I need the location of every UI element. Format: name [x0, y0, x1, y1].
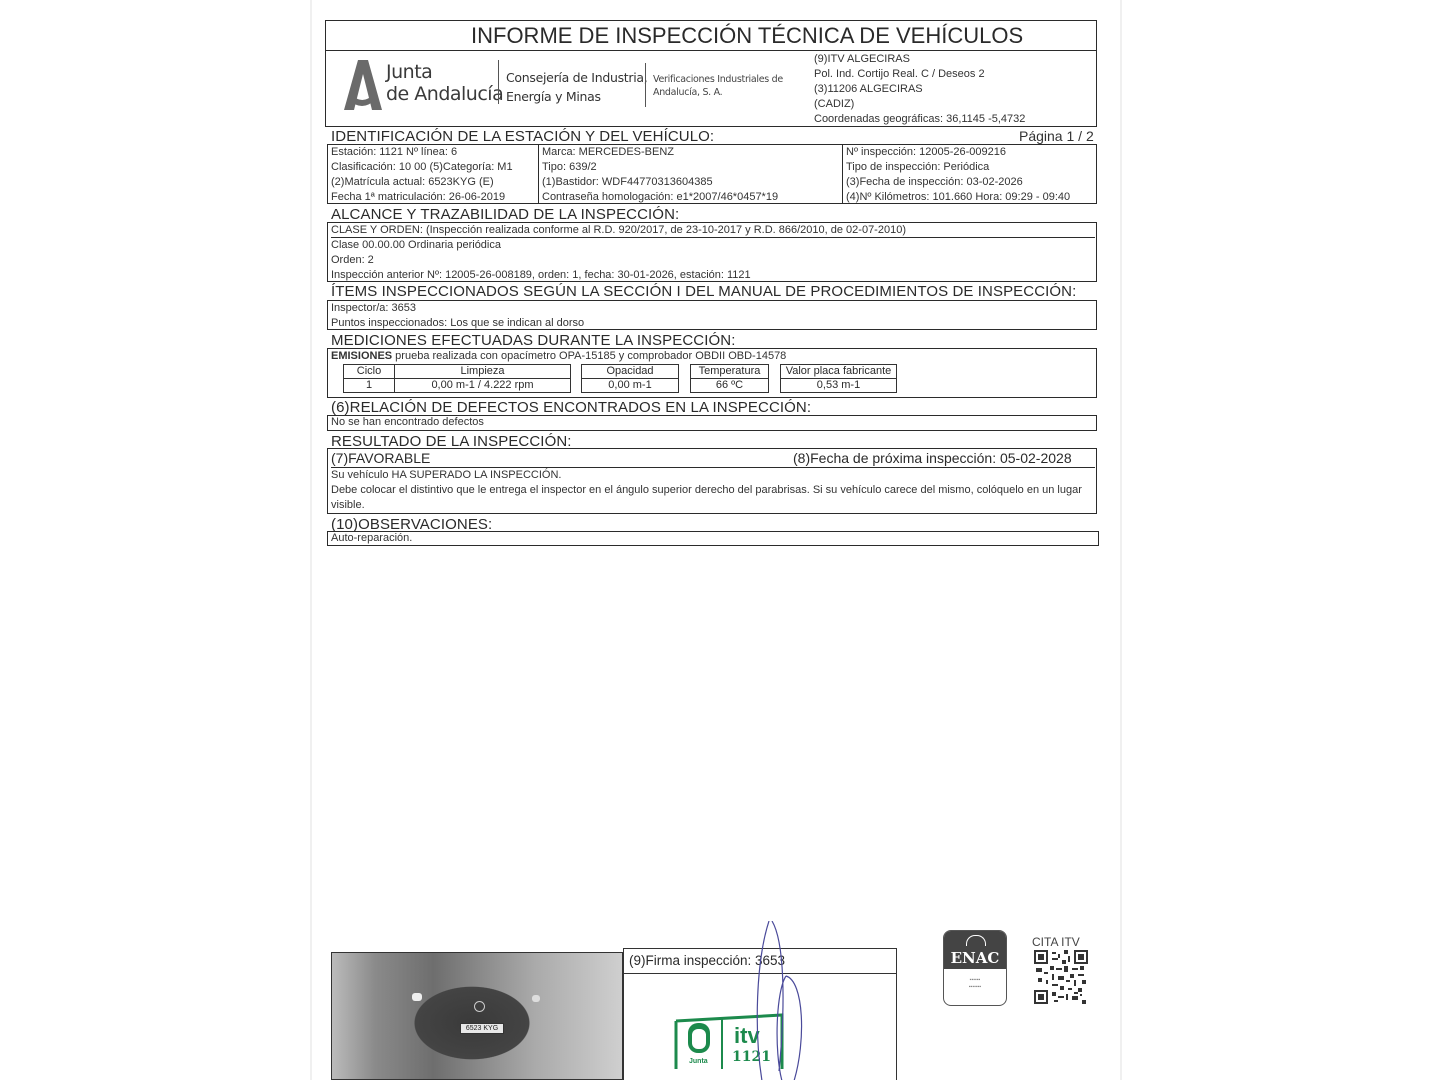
emissions-table-cycle: CicloLimpieza 10,00 m-1 / 4.222 rpm [343, 364, 571, 393]
scan-edge-left [310, 0, 312, 1080]
column-divider [538, 145, 539, 203]
emissions-table-opacity: Opacidad 0,00 m-1 [581, 364, 679, 393]
qr-label: CITA ITV [1032, 935, 1080, 949]
page-number: Página 1 / 2 [1019, 128, 1094, 144]
emissions-line: EMISIONES prueba realizada con opacímetr… [331, 349, 786, 364]
document-title-box: INFORME DE INSPECCIÓN TÉCNICA DE VEHÍCUL… [325, 20, 1097, 50]
defects-box: No se han encontrado defectos [327, 415, 1097, 431]
qr-code-icon[interactable] [1034, 950, 1088, 1004]
vehicle-model-column: Marca: MERCEDES-BENZ Tipo: 639/2 (1)Bast… [542, 145, 778, 205]
section-title-identification: IDENTIFICACIÓN DE LA ESTACIÓN Y DEL VEHÍ… [331, 128, 714, 145]
tail-light-icon [532, 995, 540, 1002]
inspection-details-column: Nº inspección: 12005-26-009216 Tipo de i… [846, 145, 1070, 205]
vehicle-photo: 6523 KYG [331, 952, 623, 1080]
tail-light-icon [412, 993, 422, 1001]
section-title-items: ÍTEMS INSPECCIONADOS SEGÚN LA SECCIÓN I … [331, 283, 1076, 300]
column-divider [842, 145, 843, 203]
signature-scribble-icon [724, 921, 824, 1080]
consejeria-name: Consejería de Industria, Energía y Minas [506, 68, 647, 106]
header-box: Junta de Andalucía Consejería de Industr… [325, 50, 1097, 127]
section-title-defects: (6)RELACIÓN DE DEFECTOS ENCONTRADOS EN L… [331, 399, 811, 416]
identification-box: Estación: 1121 Nº línea: 6 Clasificación… [327, 144, 1097, 204]
junta-andalucia-name: Junta de Andalucía [386, 61, 503, 105]
result-message: Su vehículo HA SUPERADO LA INSPECCIÓN. D… [331, 468, 1082, 513]
emissions-table-manufacturer-value: Valor placa fabricante 0,53 m-1 [780, 364, 897, 393]
mercedes-star-icon [474, 1001, 485, 1012]
station-info: (9)ITV ALGECIRAS Pol. Ind. Cortijo Real.… [814, 52, 1025, 127]
scan-edge-right [1120, 0, 1122, 1080]
enac-badge: ENAC ▪▪▪▪▪▪▪▪▪▪▪▪▪ [943, 930, 1007, 1006]
junta-andalucia-logo-icon [342, 60, 382, 110]
crown-icon [966, 935, 986, 946]
result-box: (7)FAVORABLE (8)Fecha de próxima inspecc… [327, 448, 1097, 514]
scope-box: CLASE Y ORDEN: (Inspección realizada con… [327, 222, 1097, 282]
signature-box: (9)Firma inspección: 3653 Junta itv 1121 [623, 948, 897, 1080]
next-inspection-date: (8)Fecha de próxima inspección: 05-02-20… [793, 449, 1072, 467]
scope-lines: Clase 00.00.00 Ordinaria periódica Orden… [331, 238, 751, 283]
header-divider [498, 60, 499, 104]
items-box: Inspector/a: 3653 Puntos inspeccionados:… [327, 300, 1097, 330]
section-title-measurements: MEDICIONES EFECTUADAS DURANTE LA INSPECC… [331, 332, 735, 349]
enac-accreditation-text: ▪▪▪▪▪▪▪▪▪▪▪▪▪ [944, 969, 1006, 991]
observations-text: Auto-reparación. [331, 531, 412, 546]
company-name: Verificaciones Industriales de Andalucía… [653, 73, 783, 99]
observations-box: Auto-reparación. [327, 531, 1099, 546]
result-verdict: (7)FAVORABLE [331, 450, 430, 466]
license-plate: 6523 KYG [460, 1023, 504, 1034]
svg-text:Junta: Junta [689, 1058, 708, 1065]
defects-text: No se han encontrado defectos [331, 415, 484, 430]
header-divider [645, 63, 646, 107]
measurements-box: EMISIONES prueba realizada con opacímetr… [327, 348, 1097, 398]
result-verdict-row: (7)FAVORABLE (8)Fecha de próxima inspecc… [331, 449, 1095, 468]
document-title: INFORME DE INSPECCIÓN TÉCNICA DE VEHÍCUL… [471, 23, 1023, 49]
emissions-table-temperature: Temperatura 66 ºC [690, 364, 769, 393]
section-title-scope: ALCANCE Y TRAZABILIDAD DE LA INSPECCIÓN: [331, 206, 679, 223]
items-lines: Inspector/a: 3653 Puntos inspeccionados:… [331, 301, 584, 331]
scope-header-line: CLASE Y ORDEN: (Inspección realizada con… [331, 223, 1095, 238]
vehicle-station-column: Estación: 1121 Nº línea: 6 Clasificación… [331, 145, 513, 205]
